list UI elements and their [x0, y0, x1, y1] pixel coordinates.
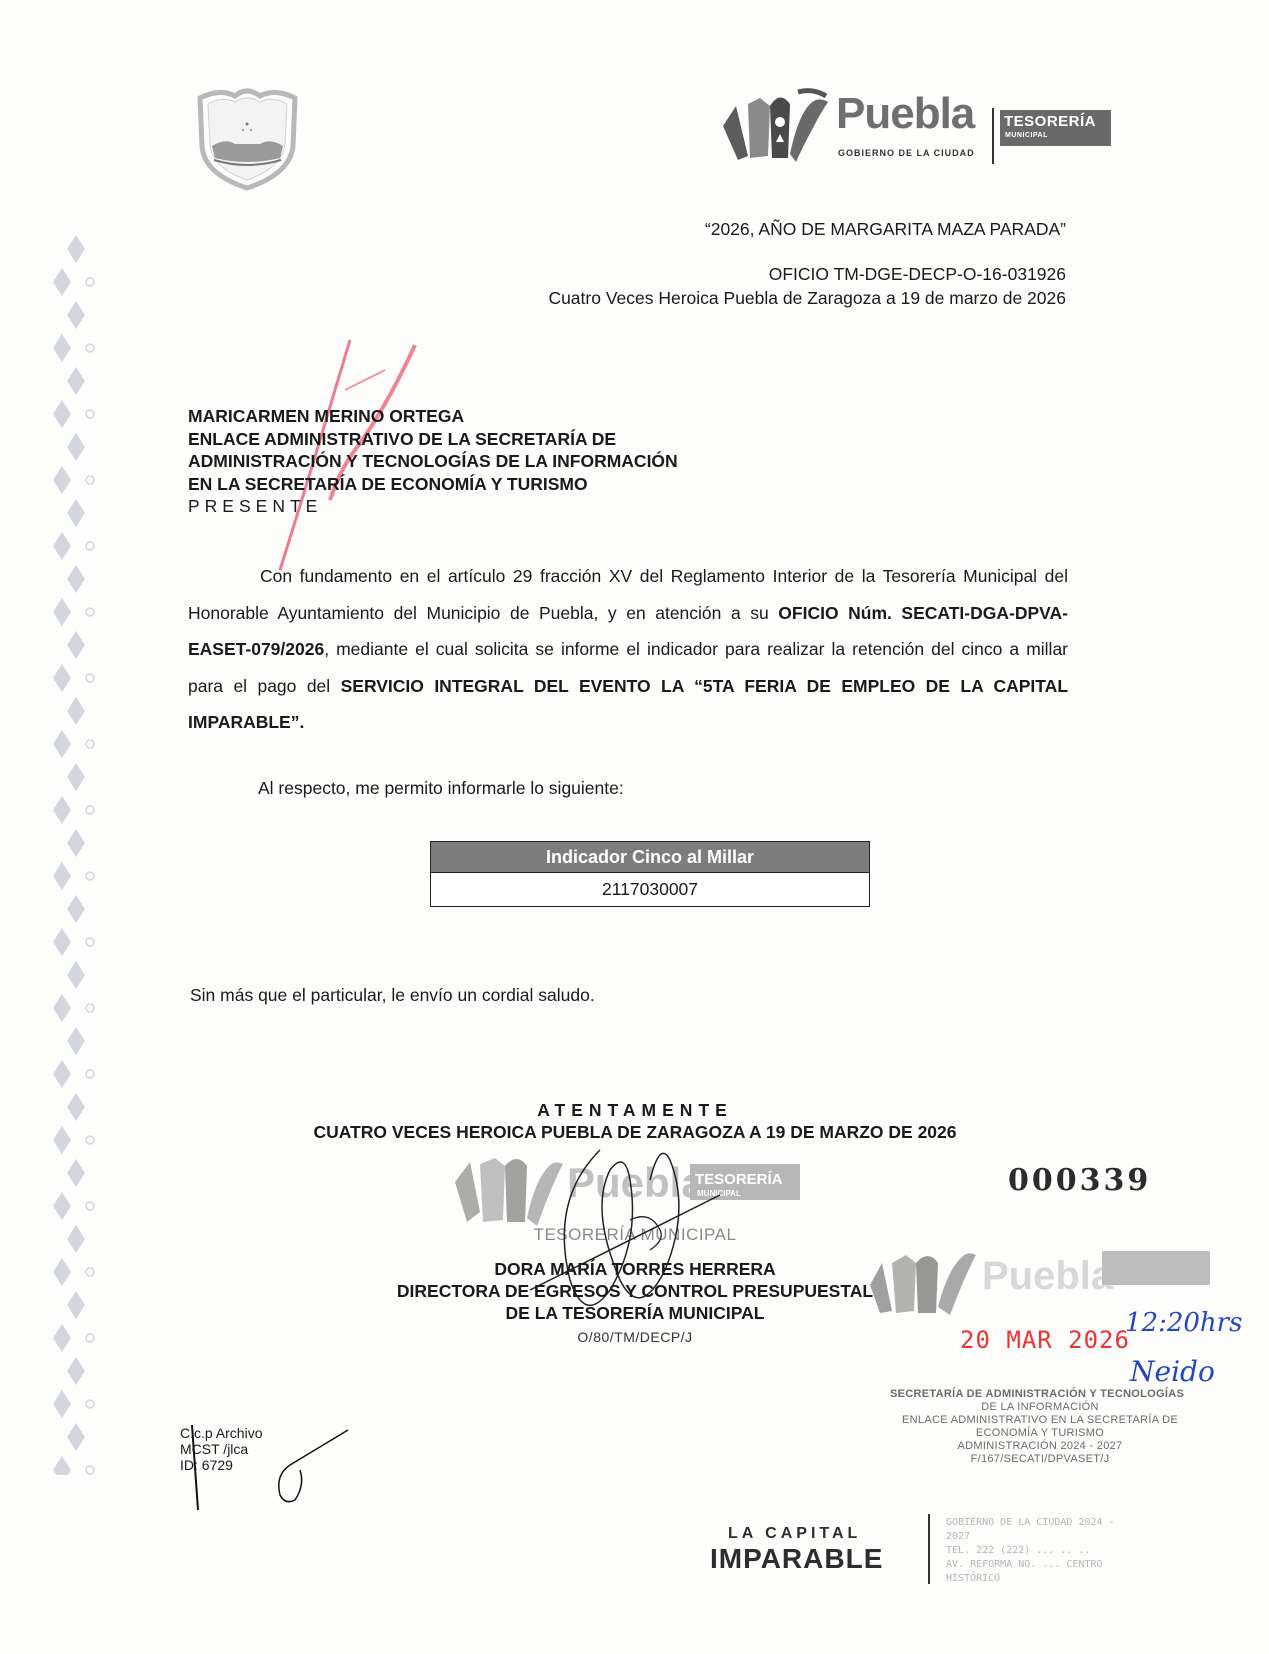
handwritten-initials: Neido — [1130, 1355, 1215, 1388]
indicator-header: Indicador Cinco al Millar — [431, 842, 869, 873]
address-line: TEL. 222 (222) ... .. .. — [946, 1544, 1196, 1558]
receipt-stamp-text: SECRETARÍA DE ADMINISTRACIÓN Y TECNOLOGÍ… — [880, 1388, 1200, 1466]
puebla-tesoreria-logo: Puebla GOBIERNO DE LA CIUDAD TESORERÍA M… — [718, 86, 1113, 166]
capital-imparable-logo: LA CAPITAL IMPARABLE — [700, 1523, 900, 1583]
folio-number: 000339 — [1008, 1163, 1151, 1198]
stamp-line: DE LA INFORMACIÓN — [880, 1401, 1200, 1414]
body-paragraph: Con fundamento en el artículo 29 fracció… — [188, 558, 1068, 741]
addressee-block: MARICARMEN MERINO ORTEGA ENLACE ADMINIST… — [188, 405, 678, 518]
year-motto: “2026, AÑO DE MARGARITA MAZA PARADA” — [705, 219, 1066, 240]
indicator-value: 2117030007 — [431, 873, 869, 906]
receipt-stamp-logo: Puebla — [870, 1245, 1210, 1315]
presente-label: PRESENTE — [188, 495, 678, 518]
logo-subtitle: GOBIERNO DE LA CIUDAD — [838, 148, 975, 158]
stamp-line: ADMINISTRACIÓN 2024 - 2027 — [880, 1440, 1200, 1453]
handwritten-time: 12:20hrs — [1125, 1308, 1242, 1338]
stamp-line: F/167/SECATI/DPVASET/J — [880, 1453, 1200, 1466]
decorative-border — [48, 225, 103, 1475]
address-line: GOBIERNO DE LA CIUDAD 2024 - — [946, 1516, 1196, 1530]
coat-of-arms-icon — [190, 86, 305, 191]
footer-address: GOBIERNO DE LA CIUDAD 2024 - 2027 TEL. 2… — [946, 1516, 1196, 1586]
cc-handwritten-mark — [180, 1420, 350, 1515]
addressee-line: ADMINISTRACIÓN Y TECNOLOGÍAS DE LA INFOR… — [188, 450, 678, 473]
atentamente-label: ATENTAMENTE — [260, 1100, 1010, 1121]
badge-title: TESORERÍA — [1004, 113, 1096, 130]
footer-divider — [928, 1514, 930, 1584]
address-line: 2027 — [946, 1530, 1196, 1544]
addressee-line: ENLACE ADMINISTRATIVO DE LA SECRETARÍA D… — [188, 428, 678, 451]
addressee-line: EN LA SECRETARÍA DE ECONOMÍA Y TURISMO — [188, 473, 678, 496]
logo-wordmark: Puebla — [836, 92, 974, 136]
address-line: AV. REFORMA NO. ... CENTRO — [946, 1558, 1196, 1572]
badge-subtitle: MUNICIPAL — [1005, 132, 1048, 139]
stamp-line: ECONOMÍA Y TURISMO — [880, 1427, 1200, 1440]
footer-brand-line2: IMPARABLE — [710, 1543, 883, 1575]
handwritten-signature — [490, 1140, 750, 1330]
svg-text:Puebla: Puebla — [982, 1254, 1114, 1298]
received-date-stamp: 20 MAR 2026 — [960, 1326, 1130, 1354]
addressee-name: MARICARMEN MERINO ORTEGA — [188, 405, 678, 428]
puebla-emblem-icon — [718, 86, 830, 164]
intro-line: Al respecto, me permito informarle lo si… — [258, 770, 1138, 807]
logo-divider — [992, 108, 994, 164]
closing-line: Sin más que el particular, le envío un c… — [190, 985, 595, 1006]
address-line: HISTÓRICO — [946, 1572, 1196, 1586]
stamp-line: SECRETARÍA DE ADMINISTRACIÓN Y TECNOLOGÍ… — [880, 1388, 1200, 1401]
place-date: Cuatro Veces Heroica Puebla de Zaragoza … — [548, 288, 1066, 309]
tesoreria-badge: TESORERÍA MUNICIPAL — [1000, 110, 1111, 146]
oficio-number: OFICIO TM-DGE-DECP-O-16-031926 — [769, 264, 1066, 285]
stamp-line: ENLACE ADMINISTRATIVO EN LA SECRETARÍA D… — [880, 1414, 1200, 1427]
signer-code: O/80/TM/DECP/J — [460, 1329, 810, 1345]
indicator-table: Indicador Cinco al Millar 2117030007 — [430, 841, 870, 907]
footer-brand-line1: LA CAPITAL — [728, 1525, 861, 1543]
